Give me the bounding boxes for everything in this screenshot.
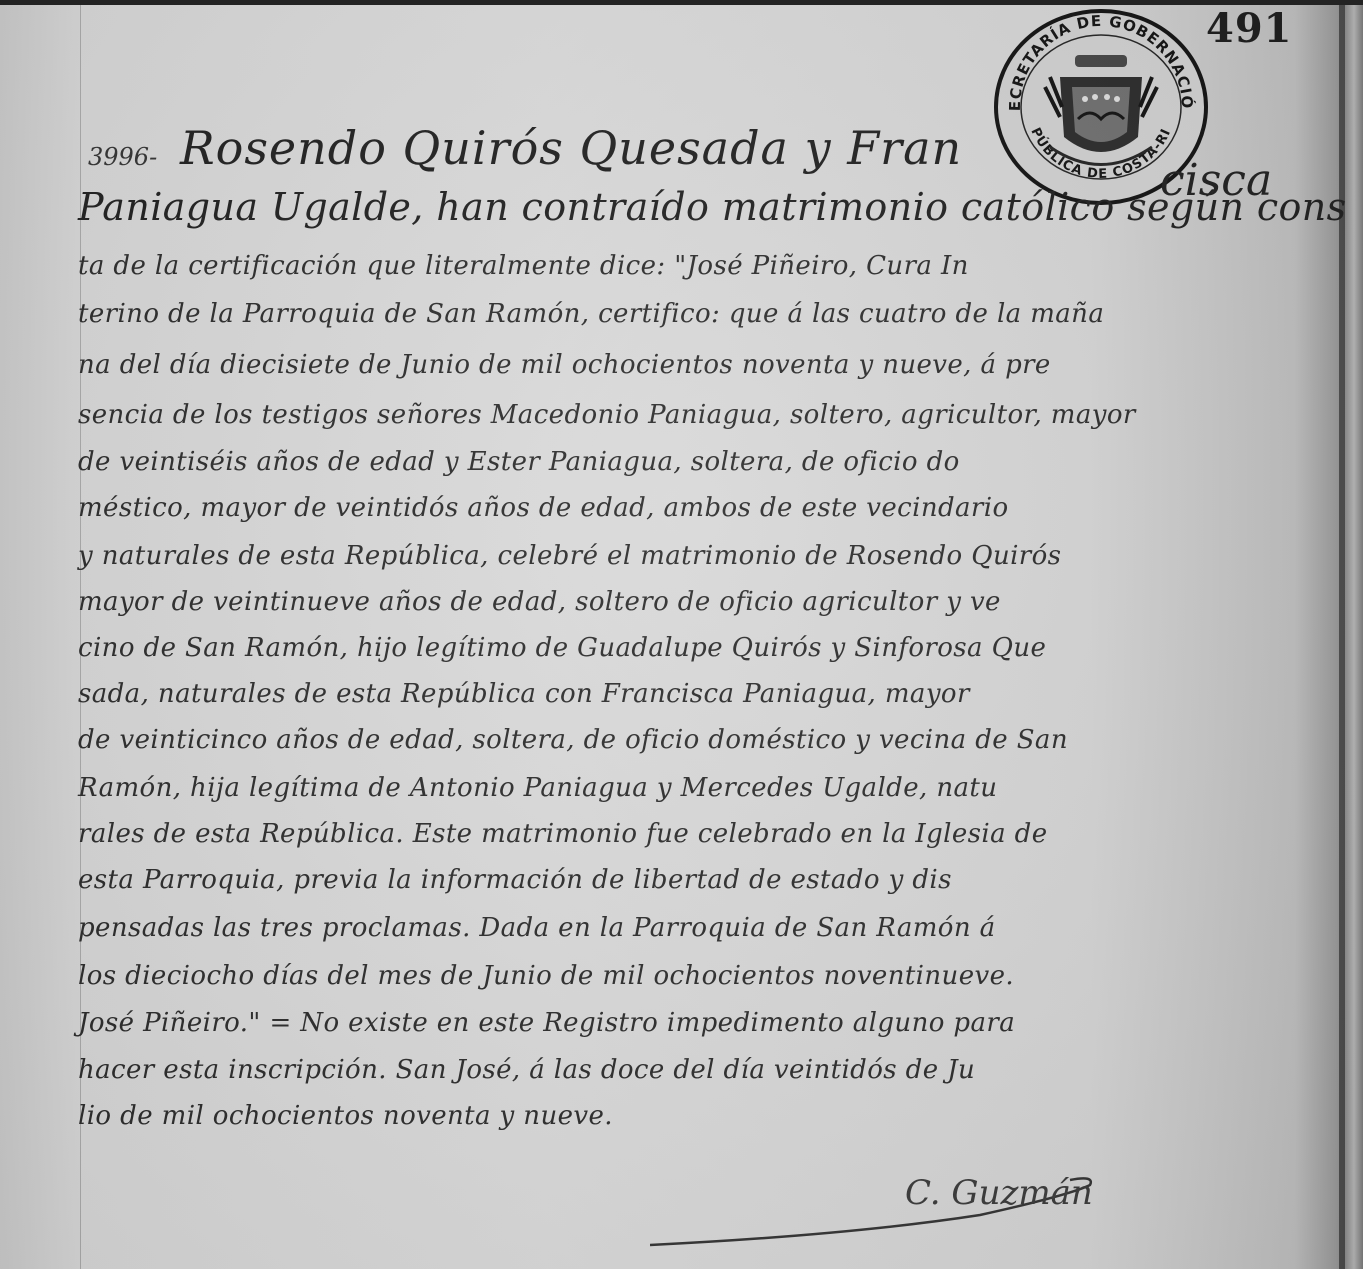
text-line: pensadas las tres proclamas. Dada en la … (78, 913, 996, 943)
registrar-signature: C. Guzmán (905, 1173, 1093, 1213)
text-line: de veinticinco años de edad, soltera, de… (78, 725, 1068, 755)
book-binding-edge (1345, 5, 1363, 1269)
text-line: Ramón, hija legítima de Antonio Paniagua… (78, 773, 997, 803)
page-number: 491 (1206, 5, 1293, 52)
text-line: na del día diecisiete de Junio de mil oc… (78, 350, 1051, 380)
text-line: de veintiséis años de edad y Ester Pania… (78, 447, 960, 477)
text-line: méstico, mayor de veintidós años de edad… (78, 493, 1009, 523)
text-line: los dieciocho días del mes de Junio de m… (78, 961, 1014, 991)
text-line: sencia de los testigos señores Macedonio… (78, 400, 1136, 430)
text-line: y naturales de esta República, celebré e… (78, 541, 1061, 571)
text-line: José Piñeiro." = No existe en este Regis… (78, 1008, 1015, 1038)
text-line: hacer esta inscripción. San José, á las … (78, 1055, 975, 1085)
text-line: terino de la Parroquia de San Ramón, cer… (78, 299, 1104, 329)
entry-number: 3996- (88, 143, 157, 171)
text-line: sada, naturales de esta República con Fr… (78, 679, 970, 709)
text-line: ta de la certificación que literalmente … (78, 251, 969, 281)
text-line: rales de esta República. Este matrimonio… (78, 819, 1048, 849)
document-page: SECRETARÍA DE GOBERNACIÓN REPÚBLICA DE C… (0, 5, 1363, 1269)
entry-title: Rosendo Quirós Quesada y Fran (180, 121, 962, 175)
text-line: esta Parroquia, previa la información de… (78, 865, 952, 895)
text-line: mayor de veintinueve años de edad, solte… (78, 587, 1001, 617)
text-line: cino de San Ramón, hijo legítimo de Guad… (78, 633, 1046, 663)
text-line: lio de mil ochocientos noventa y nueve. (78, 1101, 613, 1131)
text-line: Paniagua Ugalde, han contraído matrimoni… (78, 185, 1347, 229)
